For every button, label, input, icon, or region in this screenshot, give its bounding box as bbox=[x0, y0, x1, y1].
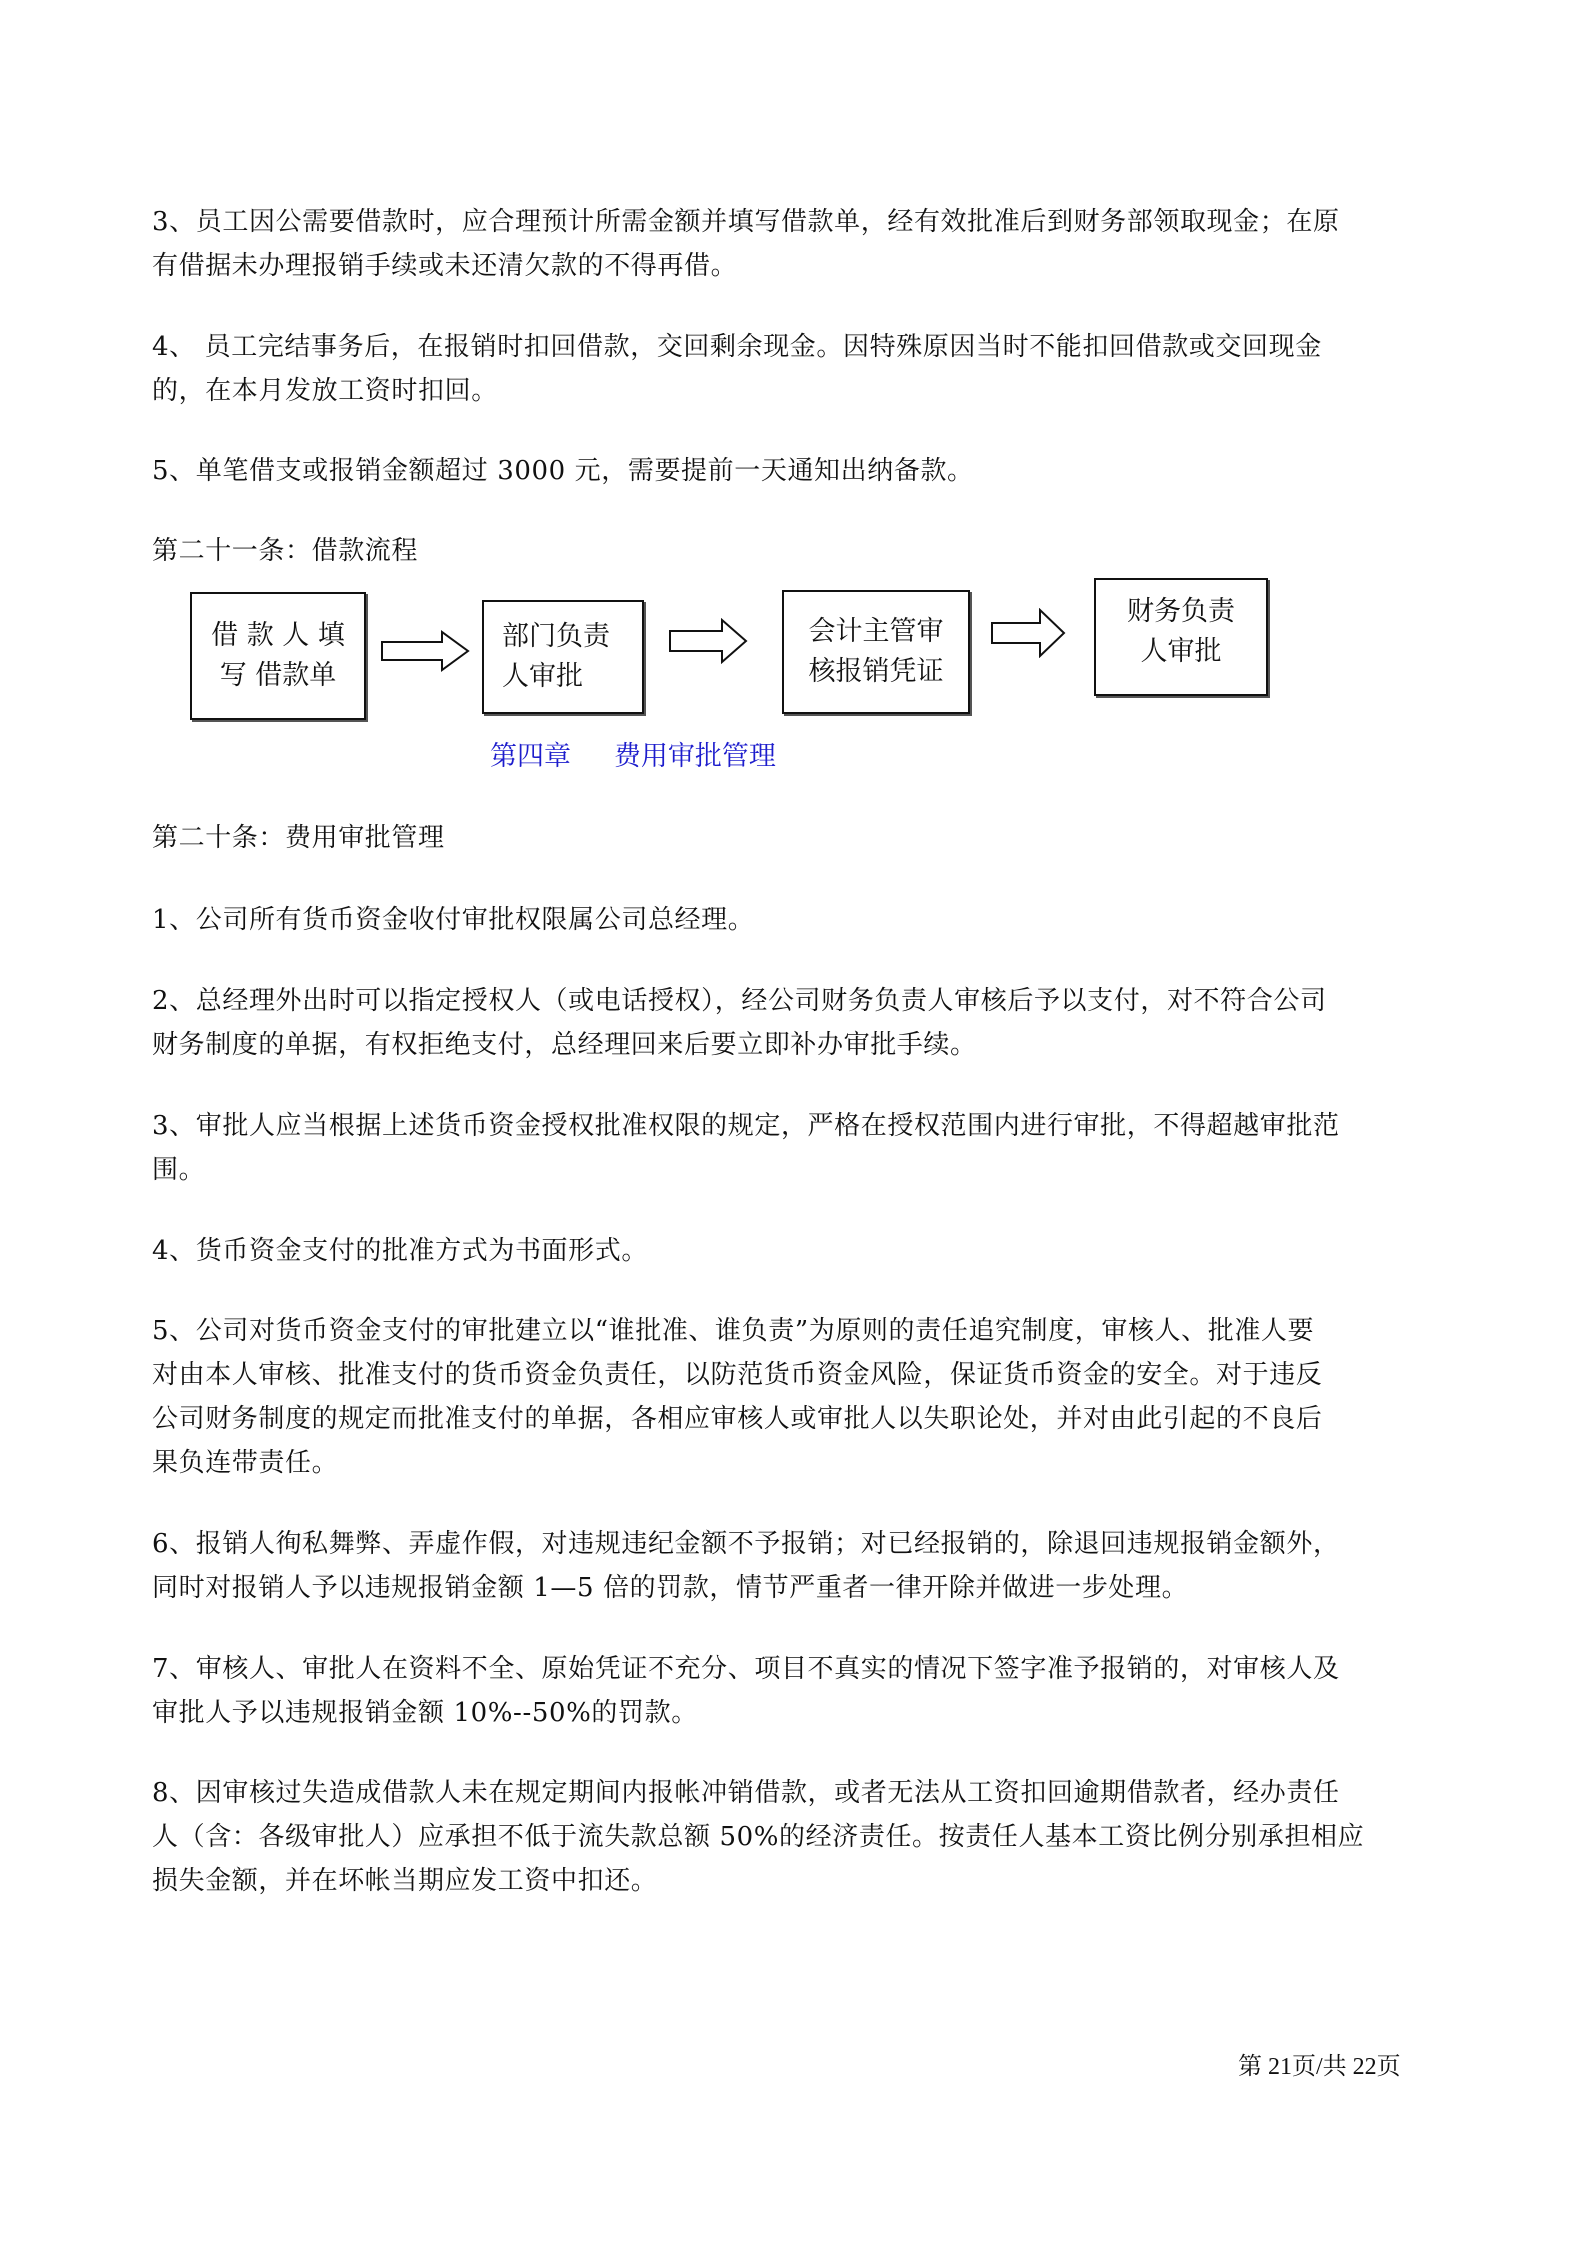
hollow-right-arrow-icon bbox=[668, 618, 750, 664]
article-20-title: 第二十条：费用审批管理 bbox=[152, 822, 445, 854]
flow-step-dept-head-approval: 部门负责 人审批 bbox=[482, 600, 644, 714]
flow-step-label: 核报销凭证 bbox=[809, 652, 944, 692]
document-page: 3、员工因公需要借款时，应合理预计所需金额并填写借款单，经有效批准后到财务部领取… bbox=[0, 0, 1587, 2245]
expense-rule-5-line-4: 果负连带责任。 bbox=[152, 1447, 338, 1479]
flow-step-label: 借 款 人 填 bbox=[211, 616, 345, 656]
flow-step-label: 部门负责 bbox=[502, 617, 610, 657]
flow-step-accounting-review: 会计主管审 核报销凭证 bbox=[782, 590, 970, 714]
expense-rule-7-line-2: 审批人予以违规报销金额 10%--50%的罚款。 bbox=[152, 1697, 698, 1729]
article-21-title: 第二十一条：借款流程 bbox=[152, 535, 418, 567]
flow-step-label: 财务负责 bbox=[1127, 592, 1235, 632]
expense-rule-5-line-2: 对由本人审核、批准支付的货币资金负责任，以防范货币资金风险，保证货币资金的安全。… bbox=[152, 1359, 1322, 1391]
hollow-right-arrow-icon bbox=[380, 630, 472, 672]
flow-step-label: 写 借款单 bbox=[220, 656, 337, 696]
paragraph-loan-line-1: 3、员工因公需要借款时，应合理预计所需金额并填写借款单，经有效批准后到财务部领取… bbox=[152, 206, 1340, 238]
page-number-footer: 第 21页/共 22页 bbox=[1238, 2052, 1401, 2082]
expense-rule-6-line-1: 6、报销人徇私舞弊、弄虚作假，对违规违纪金额不予报销；对已经报销的，除退回违规报… bbox=[152, 1528, 1340, 1560]
expense-rule-6-line-2: 同时对报销人予以违规报销金额 1—5 倍的罚款，情节严重者一律开除并做进一步处理… bbox=[152, 1572, 1188, 1604]
expense-rule-8-line-3: 损失金额，并在坏帐当期应发工资中扣还。 bbox=[152, 1865, 657, 1897]
expense-rule-3-line-2: 围。 bbox=[152, 1154, 205, 1186]
expense-rule-8-line-2: 人（含：各级审批人）应承担不低于流失款总额 50%的经济责任。按责任人基本工资比… bbox=[152, 1821, 1364, 1853]
expense-rule-5-line-1: 5、公司对货币资金支付的审批建立以“谁批准、谁负责”为原则的责任追究制度，审核人… bbox=[152, 1315, 1314, 1347]
expense-rule-7-line-1: 7、审核人、审批人在资料不全、原始凭证不充分、项目不真实的情况下签字准予报销的，… bbox=[152, 1653, 1340, 1685]
expense-rule-2-line-1: 2、总经理外出时可以指定授权人（或电话授权），经公司财务负责人审核后予以支付，对… bbox=[152, 985, 1327, 1017]
flow-step-label: 人审批 bbox=[1141, 632, 1222, 672]
paragraph-notify-line-1: 5、单笔借支或报销金额超过 3000 元，需要提前一天通知出纳备款。 bbox=[152, 455, 974, 487]
flow-step-label: 人审批 bbox=[502, 657, 583, 697]
flow-step-finance-head-approval: 财务负责 人审批 bbox=[1094, 578, 1268, 696]
expense-rule-3-line-1: 3、审批人应当根据上述货币资金授权批准权限的规定，严格在授权范围内进行审批，不得… bbox=[152, 1110, 1340, 1142]
paragraph-settle-line-2: 的，在本月发放工资时扣回。 bbox=[152, 375, 498, 407]
hollow-right-arrow-icon bbox=[990, 608, 1068, 658]
paragraph-loan-line-2: 有借据未办理报销手续或未还清欠款的不得再借。 bbox=[152, 250, 737, 282]
expense-rule-5-line-3: 公司财务制度的规定而批准支付的单据，各相应审核人或审批人以失职论处，并对由此引起… bbox=[152, 1403, 1322, 1435]
flow-step-fill-loan-form: 借 款 人 填 写 借款单 bbox=[190, 592, 366, 720]
chapter-heading: 第四章 费用审批管理 bbox=[490, 740, 776, 774]
expense-rule-1-line-1: 1、公司所有货币资金收付审批权限属公司总经理。 bbox=[152, 904, 754, 936]
expense-rule-2-line-2: 财务制度的单据，有权拒绝支付，总经理回来后要立即补办审批手续。 bbox=[152, 1029, 977, 1061]
paragraph-settle-line-1: 4、 员工完结事务后，在报销时扣回借款，交回剩余现金。因特殊原因当时不能扣回借款… bbox=[152, 331, 1322, 363]
flow-step-label: 会计主管审 bbox=[809, 612, 944, 652]
expense-rule-8-line-1: 8、因审核过失造成借款人未在规定期间内报帐冲销借款，或者无法从工资扣回逾期借款者… bbox=[152, 1777, 1340, 1809]
expense-rule-4-line-1: 4、货币资金支付的批准方式为书面形式。 bbox=[152, 1235, 648, 1267]
